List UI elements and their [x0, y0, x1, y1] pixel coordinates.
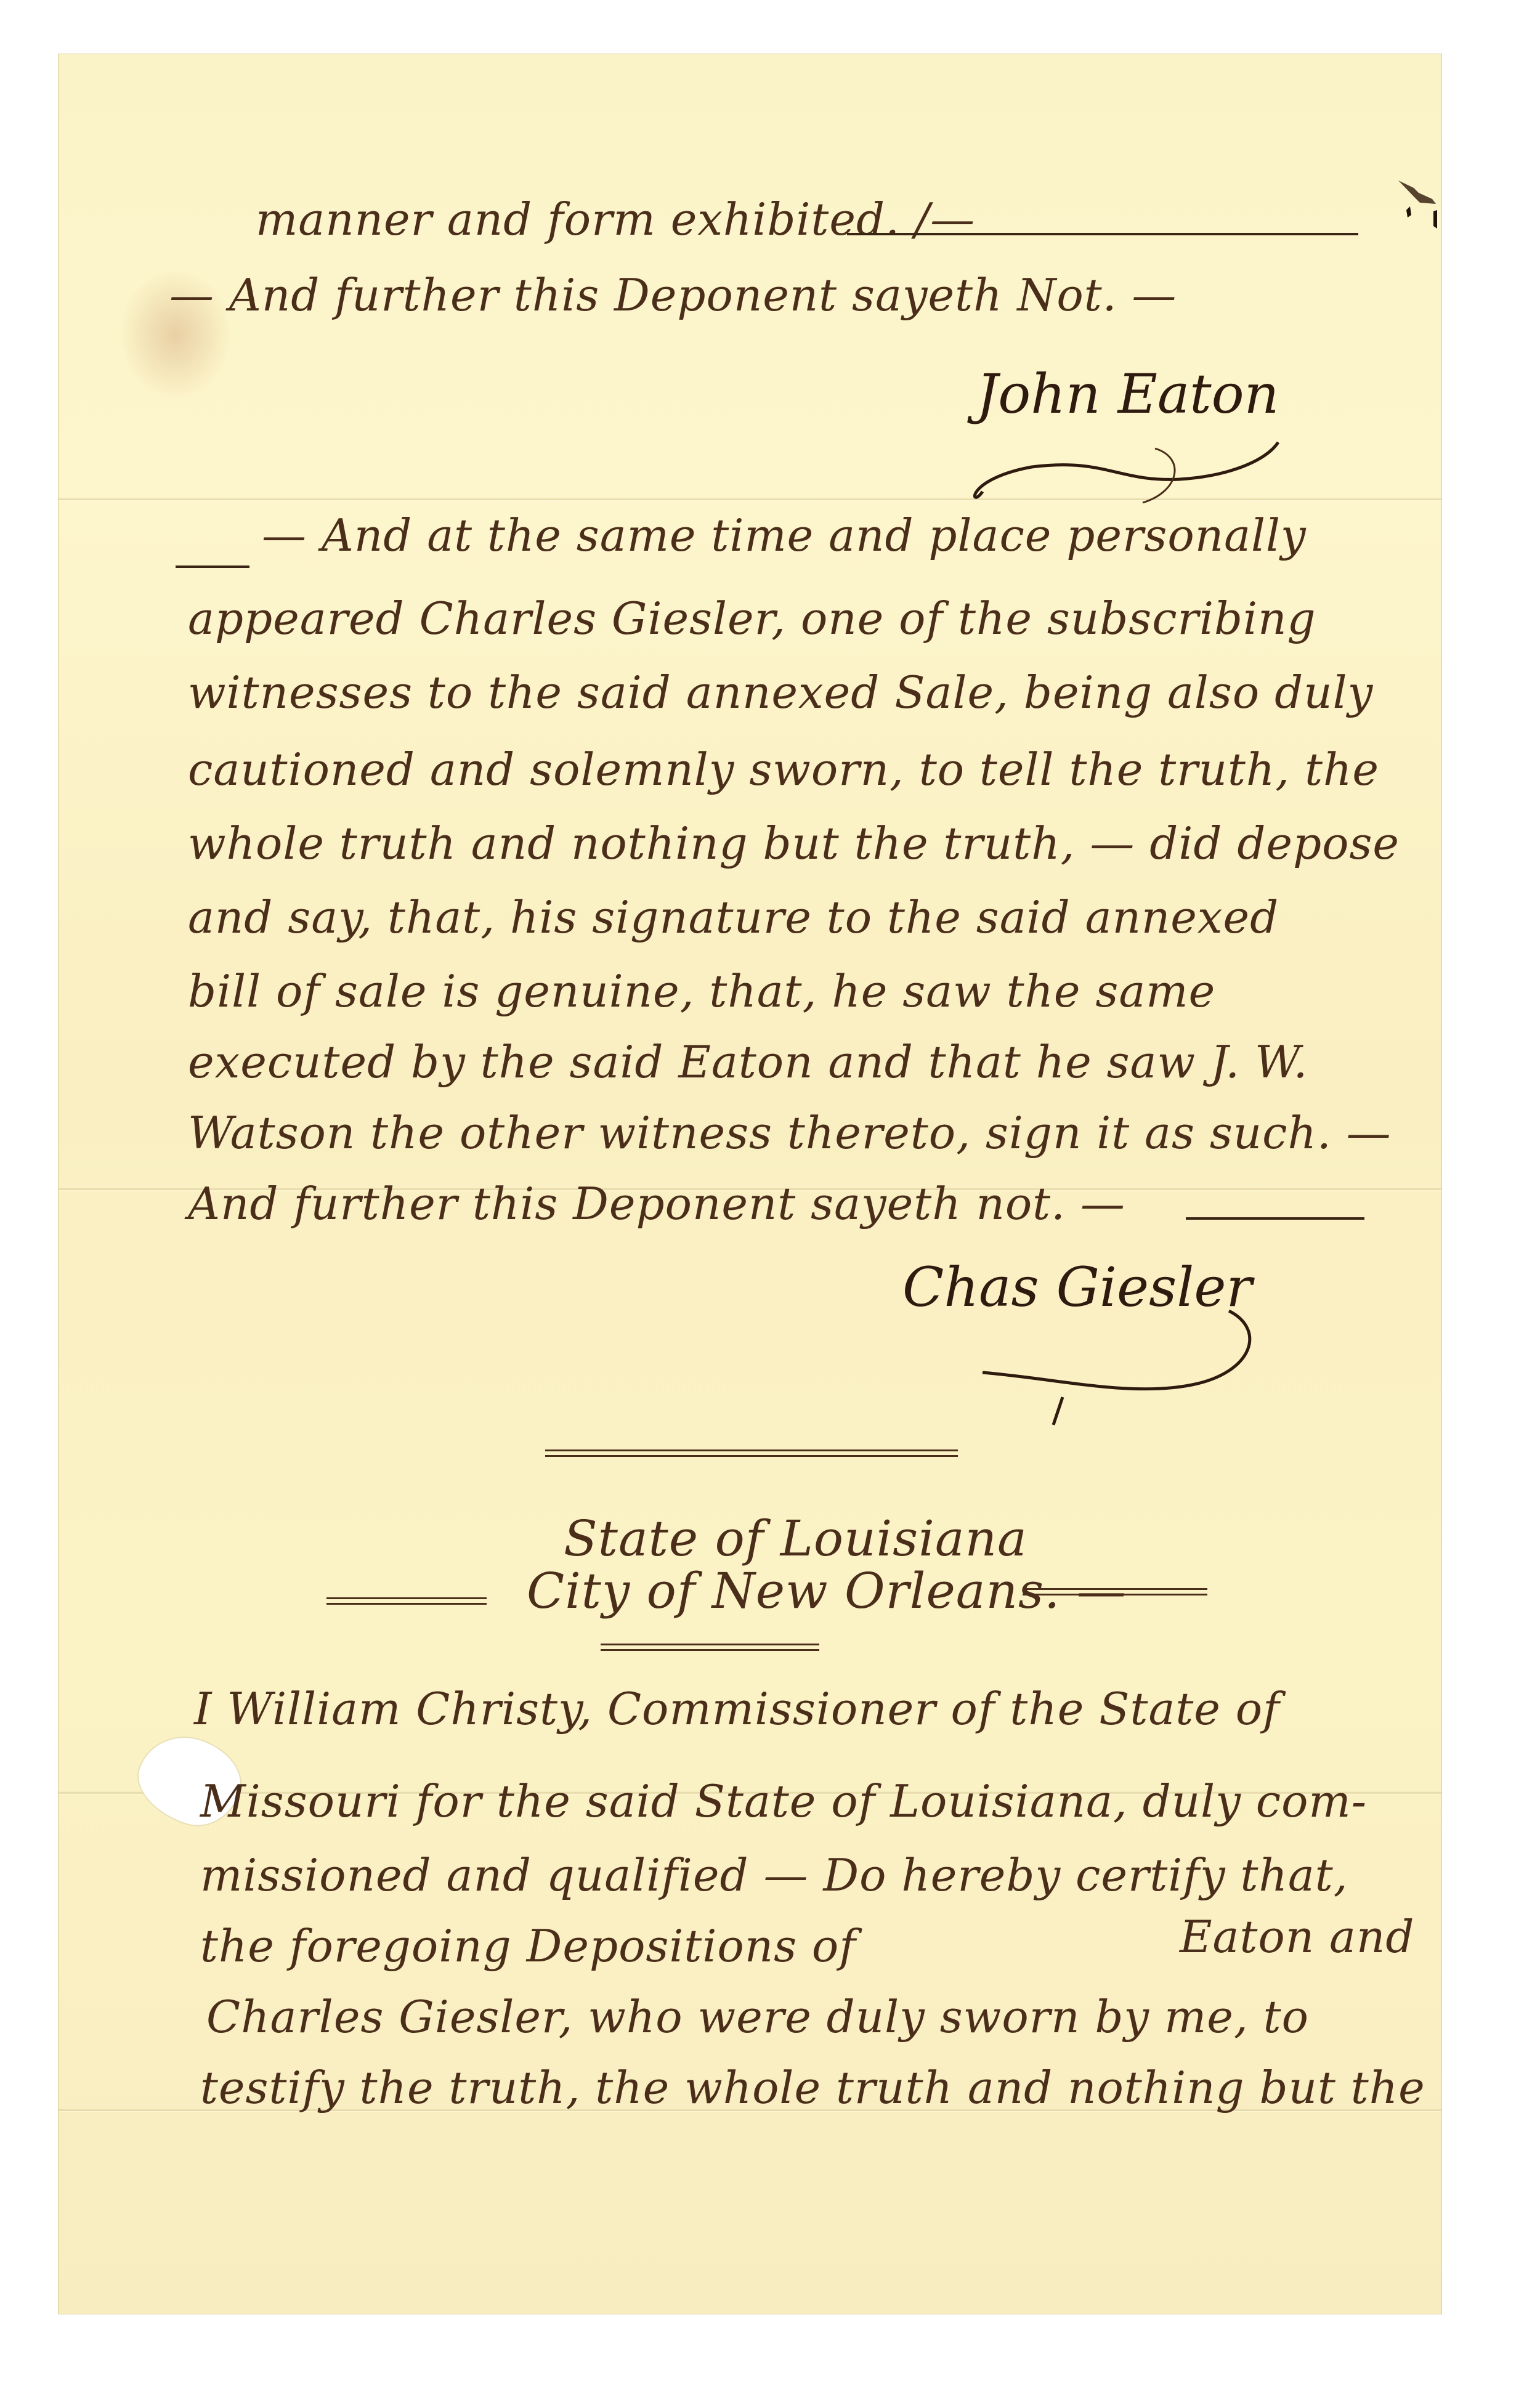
text-line: Missouri for the said State of Louisiana…	[200, 1779, 1367, 1823]
text-line: I William Christy, Commissioner of the S…	[194, 1687, 1280, 1731]
text-line: cautioned and solemnly sworn, to tell th…	[188, 747, 1379, 792]
signature-john-eaton: John Eaton	[976, 362, 1279, 426]
double-rule	[326, 1597, 487, 1599]
text-line: the foregoing Depositions of	[200, 1924, 856, 1968]
text-line: witnesses to the said annexed Sale, bein…	[188, 670, 1373, 715]
venue-city: City of New Orleans. —	[527, 1567, 1127, 1616]
text-line: And further this Deponent sayeth not. —	[188, 1182, 1125, 1226]
text-line: — And at the same time and place persona…	[262, 513, 1307, 557]
text-line: — And further this Deponent sayeth Not. …	[169, 273, 1177, 317]
text-line: Charles Giesler, who were duly sworn by …	[206, 1995, 1309, 2039]
venue-state: State of Louisiana	[564, 1514, 1027, 1563]
text-line: and say, that, his signature to the said…	[188, 895, 1279, 939]
ruled-line	[176, 566, 249, 568]
double-rule	[601, 1644, 819, 1645]
signature-flourish-icon	[958, 424, 1291, 510]
ink-blot-icon	[1395, 174, 1438, 230]
signature-flourish-icon	[933, 1305, 1278, 1428]
text-line: Eaton and	[1180, 1915, 1414, 1959]
ruled-line	[847, 233, 1358, 235]
document-page: manner and form exhibited. /— — And furt…	[59, 54, 1441, 2314]
text-line: Watson the other witness thereto, sign i…	[188, 1111, 1392, 1155]
double-rule	[1023, 1588, 1207, 1590]
text-line: executed by the said Eaton and that he s…	[188, 1040, 1308, 1084]
double-rule	[545, 1449, 958, 1451]
text-line: bill of sale is genuine, that, he saw th…	[188, 969, 1215, 1013]
text-line: testify the truth, the whole truth and n…	[200, 2066, 1425, 2110]
text-line: missioned and qualified — Do hereby cert…	[200, 1853, 1348, 1897]
text-line: appeared Charles Giesler, one of the sub…	[188, 596, 1316, 641]
ruled-line	[1186, 1217, 1364, 1220]
text-line: whole truth and nothing but the truth, —…	[188, 821, 1400, 866]
